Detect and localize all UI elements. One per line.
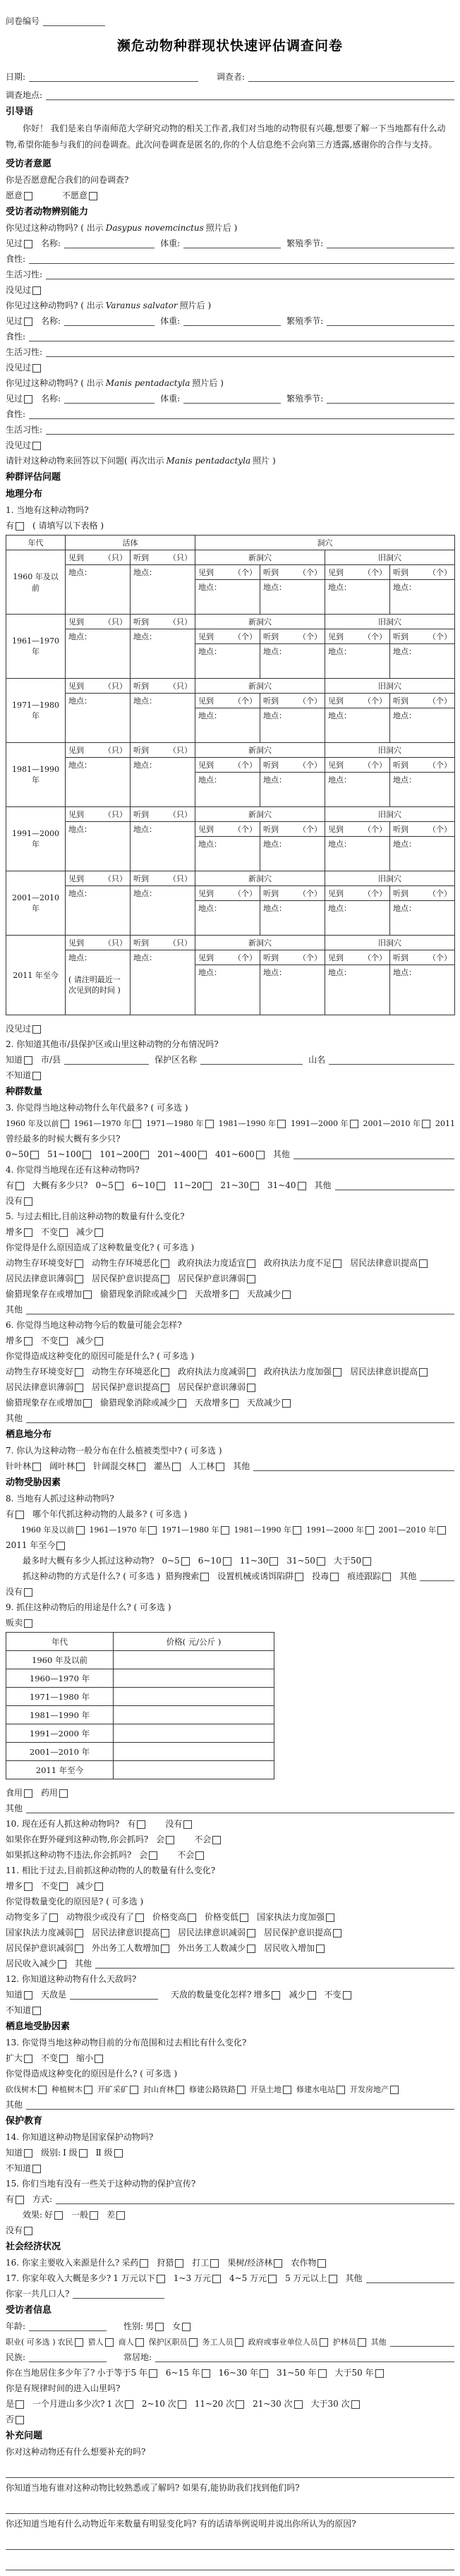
checkbox-option[interactable]: 猎狗搜索 [165,1571,209,1582]
fill-in-blank[interactable] [26,2099,454,2110]
checkbox[interactable] [256,1151,265,1159]
new-burrow-heard-cell[interactable]: 听到（个） [260,886,325,901]
fill-in-blank[interactable] [64,238,155,248]
checkbox-option[interactable]: 1991—2000 年 [306,1525,374,1535]
checkbox-option[interactable]: 1971—1980 年 [146,1118,214,1129]
fill-in-blank[interactable] [183,315,281,326]
checkbox[interactable] [32,2165,41,2173]
price-value-cell[interactable] [114,1688,274,1706]
checkbox[interactable] [76,1526,85,1535]
checkbox-option[interactable]: 动物变多了 [6,1912,58,1923]
burrow-place-cell[interactable]: 地点： [390,708,455,743]
checkbox-option[interactable]: 2001—2010 年 [363,1118,431,1129]
burrow-place-cell[interactable]: 地点： [390,773,455,807]
new-burrow-heard-cell[interactable]: 听到（个） [260,950,325,965]
checkbox-option[interactable]: 2011 年至今 [6,1540,65,1551]
live-seen-place-cell[interactable]: 地点：( 请注明最近一次见到的时间 ) [66,950,131,1015]
checkbox-option[interactable]: 减少 [76,1336,103,1346]
checkbox[interactable] [216,1463,224,1471]
checkbox-option[interactable]: 不知道 [6,2005,41,2016]
checkbox[interactable] [24,192,32,200]
old-burrow-seen-cell[interactable]: 见到（个） [325,950,390,965]
checkbox-option[interactable]: 1960 年及以前 [6,1118,69,1129]
old-burrow-seen-cell[interactable]: 见到（个） [325,565,390,580]
burrow-place-cell[interactable]: 地点： [260,708,325,743]
checkbox-option[interactable]: 天敌增多 [195,1398,238,1408]
new-burrow-seen-cell[interactable]: 见到（个） [195,886,260,901]
fill-in-blank[interactable] [29,409,454,419]
checkbox[interactable] [268,2275,277,2283]
burrow-place-cell[interactable]: 地点： [390,901,455,936]
checkbox[interactable] [178,1399,186,1408]
checkbox[interactable] [333,1368,341,1377]
checkbox-option[interactable]: 1 万元以下 [113,2273,164,2284]
checkbox-option[interactable]: 见过 [6,316,32,327]
checkbox-option[interactable]: 政府执法力度适宜 [178,1258,255,1269]
checkbox-option[interactable]: 偷猎现象消除或减少 [100,1289,186,1300]
old-burrow-seen-cell[interactable]: 见到（个） [325,822,390,837]
checkbox-option[interactable]: 开发房地产 [350,2084,399,2095]
checkbox[interactable] [30,1151,39,1159]
checkbox-option[interactable]: 居民保护意识提高 [92,1274,169,1284]
checkbox-option[interactable]: 外出务工人数减少 [178,1943,255,1954]
live-heard-cell[interactable]: 听到（只） [131,550,195,565]
checkbox-option[interactable]: 减少 [76,1227,103,1238]
checkbox-option[interactable]: 没有 [6,2225,32,2236]
checkbox-option[interactable]: 知道 [6,1055,32,1065]
live-seen-cell[interactable]: 见到（只） [66,743,131,758]
checkbox-option[interactable]: 1 次 [107,2399,133,2409]
old-burrow-heard-cell[interactable]: 听到（个） [390,694,455,708]
checkbox-option[interactable]: Ⅱ 级 [96,2148,123,2158]
checkbox-option[interactable]: 修建公路铁路 [189,2084,246,2095]
checkbox-option[interactable]: 一般 [71,2210,98,2220]
checkbox-option[interactable]: 是 [6,2399,24,2409]
checkbox[interactable] [79,2149,87,2158]
checkbox[interactable] [176,2086,184,2094]
fill-in-blank[interactable] [29,2321,107,2331]
checkbox-option[interactable]: 政府执法力度减弱 [178,1367,255,1377]
live-heard-cell[interactable]: 听到（只） [131,615,195,629]
checkbox-option[interactable]: 没见过 [6,1024,41,1034]
checkbox-option[interactable]: 修建水电站 [296,2084,345,2095]
checkbox[interactable] [223,1557,231,1566]
checkbox-option[interactable]: 见过 [6,394,32,404]
checkbox-option[interactable]: 0~5 [95,1180,123,1191]
checkbox[interactable] [178,2400,186,2409]
checkbox[interactable] [140,2259,148,2268]
checkbox-option[interactable]: 小于等于5 年 [97,2368,157,2378]
checkbox-option[interactable]: 11~20 [174,1180,212,1191]
checkbox[interactable] [195,1851,204,1860]
burrow-place-cell[interactable]: 地点： [260,644,325,679]
burrow-place-cell[interactable]: 地点： [325,837,390,871]
checkbox[interactable] [247,1929,255,1937]
checkbox[interactable] [422,1120,430,1128]
checkbox[interactable] [240,1913,248,1922]
old-burrow-seen-cell[interactable]: 见到（个） [325,694,390,708]
checkbox[interactable] [59,1789,68,1798]
checkbox[interactable] [95,1882,103,1891]
checkbox[interactable] [24,1882,32,1891]
checkbox-option[interactable]: 1960 年及以前 [21,1525,85,1535]
checkbox-option[interactable]: 增多 [253,1990,280,2000]
checkbox-option[interactable]: 2~10 次 [142,2399,186,2409]
checkbox-option[interactable]: 投毒 [312,1571,339,1582]
checkbox-option[interactable]: 不会 [194,1834,221,1845]
checkbox-option[interactable]: 设置机械或诱饵陷阱 [217,1571,303,1582]
checkbox[interactable] [90,2211,98,2220]
checkbox[interactable] [298,1182,306,1190]
new-burrow-seen-cell[interactable]: 见到（个） [195,629,260,644]
checkbox[interactable] [182,2323,190,2331]
checkbox-option[interactable]: 会 [156,1834,174,1845]
price-value-cell[interactable] [114,1743,274,1761]
burrow-place-cell[interactable]: 地点： [260,965,325,1015]
burrow-place-cell[interactable]: 地点： [195,773,260,807]
checkbox-option[interactable]: 101~200 [99,1149,149,1160]
surveyor-blank[interactable] [248,71,454,82]
live-heard-place-cell[interactable]: 地点： [131,822,195,871]
checkbox-option[interactable]: 1981—1990 年 [219,1118,286,1129]
fill-in-blank[interactable] [95,1958,454,1969]
checkbox-option[interactable]: 动物很少或没有了 [66,1912,144,1923]
old-burrow-heard-cell[interactable]: 听到（个） [390,950,455,965]
checkbox[interactable] [157,1182,165,1190]
checkbox-option[interactable]: 没有 [6,1587,32,1597]
checkbox[interactable] [210,2259,219,2268]
checkbox[interactable] [95,1337,103,1346]
checkbox[interactable] [161,1368,169,1377]
checkbox[interactable] [212,1836,221,1844]
checkbox[interactable] [189,2338,198,2347]
checkbox[interactable] [175,2259,183,2268]
checkbox-option[interactable]: 动物生存环境恶化 [92,1367,169,1377]
checkbox-option[interactable]: 大于50 年 [335,2368,384,2378]
price-value-cell[interactable] [114,1706,274,1724]
old-burrow-heard-cell[interactable]: 听到（个） [390,629,455,644]
checkbox-option[interactable]: 减少 [289,1990,315,2000]
checkbox-option[interactable]: 居民收入减少 [6,1959,66,1969]
checkbox[interactable] [125,2400,133,2409]
new-burrow-heard-cell[interactable]: 听到（个） [260,694,325,708]
fill-in-blank[interactable] [335,1180,454,1190]
checkbox[interactable] [358,2338,366,2347]
checkbox[interactable] [320,2338,328,2347]
checkbox-option[interactable]: 31~40 [267,1180,306,1191]
checkbox-option[interactable]: 31~50 年 [277,2368,326,2378]
checkbox[interactable] [247,1368,255,1377]
checkbox[interactable] [32,442,41,450]
checkbox[interactable] [32,1072,41,1080]
checkbox-option[interactable]: 居民保护意识提高 [92,1382,169,1393]
checkbox-option[interactable]: 不会 [177,1850,204,1861]
checkbox[interactable] [166,1836,174,1844]
live-heard-cell[interactable]: 听到（只） [131,679,195,694]
checkbox[interactable] [260,2369,268,2378]
checkbox[interactable] [161,1384,169,1392]
checkbox-option[interactable]: 居民法律意识薄弱 [6,1274,83,1284]
fill-in-blank[interactable] [155,2352,454,2362]
checkbox[interactable] [365,1526,374,1535]
checkbox[interactable] [32,1463,41,1471]
fill-in-blank[interactable] [293,1149,454,1159]
checkbox[interactable] [236,2400,244,2409]
live-seen-place-cell[interactable]: 地点： [66,886,131,936]
checkbox-option[interactable]: 1961—1970 年 [90,1525,157,1535]
checkbox-option[interactable]: 6~10 [198,1556,231,1566]
live-heard-cell[interactable]: 听到（只） [131,807,195,822]
checkbox[interactable] [212,2275,221,2283]
burrow-place-cell[interactable]: 地点： [195,708,260,743]
questionnaire-number-blank[interactable] [43,16,105,26]
checkbox[interactable] [24,395,32,404]
checkbox[interactable] [270,1557,278,1566]
checkbox[interactable] [382,1573,391,1581]
checkbox-option[interactable]: 11~20 次 [195,2399,244,2409]
checkbox-option[interactable]: 猎人 [88,2337,114,2347]
checkbox-option[interactable]: 天敌减少 [247,1398,291,1408]
checkbox[interactable] [137,1820,145,1829]
live-heard-place-cell[interactable]: 地点： [131,694,195,743]
live-seen-place-cell[interactable]: 地点： [66,565,131,615]
checkbox[interactable] [24,2055,32,2063]
checkbox[interactable] [274,2259,282,2268]
checkbox-option[interactable]: 31~50 [286,1556,325,1566]
checkbox[interactable] [343,1991,351,2000]
old-burrow-heard-cell[interactable]: 听到（个） [390,886,455,901]
checkbox[interactable] [178,1290,186,1299]
old-burrow-heard-cell[interactable]: 听到（个） [390,822,455,837]
checkbox[interactable] [24,240,32,248]
burrow-place-cell[interactable]: 地点： [390,965,455,1015]
live-seen-place-cell[interactable]: 地点： [66,822,131,871]
fill-in-blank[interactable] [46,269,454,279]
burrow-place-cell[interactable]: 地点： [325,965,390,1015]
live-heard-cell[interactable]: 听到（只） [131,871,195,886]
checkbox[interactable] [24,1789,32,1798]
checkbox-option[interactable]: 21~30 次 [253,2399,302,2409]
checkbox[interactable] [137,1463,145,1471]
checkbox[interactable] [317,1557,325,1566]
checkbox-option[interactable]: 开垦土地 [250,2084,291,2095]
checkbox[interactable] [333,1259,341,1268]
checkbox[interactable] [295,1573,303,1581]
checkbox[interactable] [333,1929,341,1937]
old-burrow-heard-cell[interactable]: 听到（个） [390,758,455,773]
checkbox[interactable] [59,1228,68,1237]
checkbox-option[interactable]: 封山育林 [143,2084,184,2095]
burrow-place-cell[interactable]: 地点： [195,580,260,615]
checkbox[interactable] [161,1259,169,1268]
new-burrow-seen-cell[interactable]: 见到（个） [195,565,260,580]
checkbox[interactable] [105,2338,114,2347]
live-seen-cell[interactable]: 见到（只） [66,615,131,629]
checkbox[interactable] [75,1368,83,1377]
checkbox[interactable] [437,1526,446,1535]
checkbox-option[interactable]: 食用 [6,1788,32,1798]
checkbox[interactable] [247,1259,255,1268]
burrow-place-cell[interactable]: 地点： [390,837,455,871]
checkbox[interactable] [24,2149,32,2158]
checkbox[interactable] [203,1182,212,1190]
checkbox-option[interactable]: 1~3 万元 [174,2273,221,2284]
checkbox[interactable] [16,2416,24,2424]
checkbox-option[interactable]: 不知道 [6,1070,41,1081]
checkbox[interactable] [282,1399,291,1408]
checkbox[interactable] [135,2338,144,2347]
checkbox[interactable] [350,1120,358,1128]
checkbox-option[interactable]: 砍伐树木 [6,2084,47,2095]
checkbox[interactable] [161,1929,169,1937]
checkbox-option[interactable]: 价格变高 [152,1912,196,1923]
checkbox[interactable] [247,1275,255,1283]
checkbox-option[interactable]: 贩卖 [6,1618,32,1628]
checkbox-option[interactable]: 知道 [6,2148,32,2158]
checkbox-option[interactable]: 1991—2000 年 [291,1118,358,1129]
checkbox[interactable] [202,2369,210,2378]
answer-line[interactable] [6,2457,454,2478]
checkbox-option[interactable]: 商人 [119,2337,144,2347]
new-burrow-heard-cell[interactable]: 听到（个） [260,629,325,644]
fill-in-blank[interactable] [56,2194,454,2204]
checkbox[interactable] [89,192,97,200]
checkbox[interactable] [390,2086,399,2094]
live-heard-place-cell[interactable]: 地点： [131,629,195,679]
checkbox[interactable] [24,1056,32,1065]
live-seen-cell[interactable]: 见到（只） [66,550,131,565]
checkbox-option[interactable]: 女 [172,2321,190,2332]
checkbox[interactable] [282,1290,291,1299]
new-burrow-seen-cell[interactable]: 见到（个） [195,694,260,708]
checkbox-option[interactable]: 农作物 [291,2258,326,2268]
fill-in-blank[interactable] [46,424,454,435]
answer-line[interactable] [6,2529,454,2550]
checkbox-option[interactable]: 大于30 次 [311,2399,360,2409]
checkbox[interactable] [316,1945,325,1953]
checkbox[interactable] [161,1275,169,1283]
fill-in-blank[interactable] [26,1413,454,1423]
checkbox-option[interactable]: 打工 [192,2258,219,2268]
checkbox[interactable] [161,1945,169,1953]
checkbox[interactable] [157,2275,165,2283]
live-heard-cell[interactable]: 听到（只） [131,743,195,758]
live-seen-place-cell[interactable]: 地点： [66,758,131,807]
checkbox[interactable] [230,1290,238,1299]
checkbox-option[interactable]: 2011 年至今 [435,1118,454,1129]
checkbox[interactable] [247,1384,255,1392]
checkbox[interactable] [24,1619,32,1628]
checkbox[interactable] [75,1275,83,1283]
checkbox-option[interactable]: 有 [6,1180,24,1191]
checkbox-option[interactable]: 没有 [165,1819,192,1830]
fill-in-blank[interactable] [26,1304,454,1314]
checkbox-option[interactable]: 1971—1980 年 [162,1525,229,1535]
checkbox-option[interactable]: 政府执法力度不足 [264,1258,341,1269]
checkbox-option[interactable]: 有 [6,521,24,531]
checkbox-option[interactable]: 居民法律意识减弱 [178,1928,255,1938]
burrow-place-cell[interactable]: 地点： [195,901,260,936]
checkbox-option[interactable]: 护林员 [333,2337,366,2347]
answer-line[interactable] [6,2493,454,2514]
checkbox[interactable] [140,1151,149,1159]
checkbox-option[interactable]: 6~15 年 [166,2368,210,2378]
checkbox[interactable] [32,2007,41,2015]
checkbox-option[interactable]: 增多 [6,1227,32,1238]
checkbox-option[interactable]: 开矿采矿 [97,2084,138,2095]
burrow-place-cell[interactable]: 地点： [195,965,260,1015]
checkbox-option[interactable]: 动物生存环境变好 [6,1258,83,1269]
checkbox-option[interactable]: 农民 [58,2337,83,2347]
checkbox-option[interactable]: 居民保护意识薄弱 [178,1382,255,1393]
checkbox-option[interactable]: 偷猎现象存在或增加 [6,1289,92,1300]
fill-in-blank[interactable] [70,1989,158,2000]
checkbox-option[interactable]: 6~10 [132,1180,165,1191]
live-heard-place-cell[interactable]: 地点： [131,565,195,615]
checkbox-option[interactable]: 国家执法力度加强 [257,1912,334,1923]
new-burrow-heard-cell[interactable]: 听到（个） [260,565,325,580]
checkbox-option[interactable]: 动物生存环境变好 [6,1367,83,1377]
checkbox-option[interactable]: 1981—1990 年 [234,1525,302,1535]
burrow-place-cell[interactable]: 地点： [390,644,455,679]
checkbox[interactable] [363,1557,371,1566]
checkbox-option[interactable]: Ⅰ 级 [63,2148,87,2158]
checkbox-option[interactable]: 种植树木 [52,2084,92,2095]
live-seen-place-cell[interactable]: 地点： [66,694,131,743]
checkbox[interactable] [155,2323,164,2331]
checkbox[interactable] [38,2086,47,2094]
checkbox[interactable] [135,1913,144,1922]
checkbox[interactable] [133,1120,141,1128]
checkbox[interactable] [181,1557,190,1566]
checkbox-option[interactable]: 外出务工人数增加 [92,1943,169,1954]
checkbox[interactable] [84,2086,92,2094]
checkbox[interactable] [76,1463,85,1471]
new-burrow-seen-cell[interactable]: 见到（个） [195,950,260,965]
checkbox-option[interactable]: 见过 [6,238,32,249]
checkbox[interactable] [49,1913,58,1922]
burrow-place-cell[interactable]: 地点： [260,773,325,807]
price-value-cell[interactable] [114,1761,274,1779]
checkbox-option[interactable]: 会 [139,1850,157,1861]
checkbox[interactable] [56,1542,65,1550]
checkbox[interactable] [337,2086,345,2094]
checkbox[interactable] [250,1182,259,1190]
checkbox-option[interactable]: 51~100 [47,1149,91,1160]
fill-in-blank[interactable] [420,1571,454,1581]
live-heard-cell[interactable]: 听到（只） [131,936,195,950]
checkbox[interactable] [221,1526,229,1535]
checkbox-option[interactable]: 偷猎现象存在或增加 [6,1398,92,1408]
checkbox[interactable] [16,1511,24,1519]
fill-in-blank[interactable] [390,2336,454,2347]
checkbox-option[interactable]: 没见过 [6,363,41,373]
fill-in-blank[interactable] [327,238,454,248]
checkbox-option[interactable]: 不变 [41,2053,68,2064]
checkbox-option[interactable]: 狩猎 [157,2258,183,2268]
live-seen-cell[interactable]: 见到（只） [66,936,131,950]
checkbox[interactable] [16,2196,24,2204]
checkbox-option[interactable]: 男 [145,2321,164,2332]
checkbox[interactable] [75,2338,83,2347]
checkbox-option[interactable]: 好 [44,2210,63,2220]
price-value-cell[interactable] [114,1724,274,1743]
checkbox[interactable] [24,1197,32,1206]
checkbox[interactable] [58,1960,66,1969]
checkbox-option[interactable]: 愿意 [6,191,32,201]
live-heard-place-cell[interactable]: 地点： [131,758,195,807]
checkbox-option[interactable]: 2001—2010 年 [379,1525,447,1535]
